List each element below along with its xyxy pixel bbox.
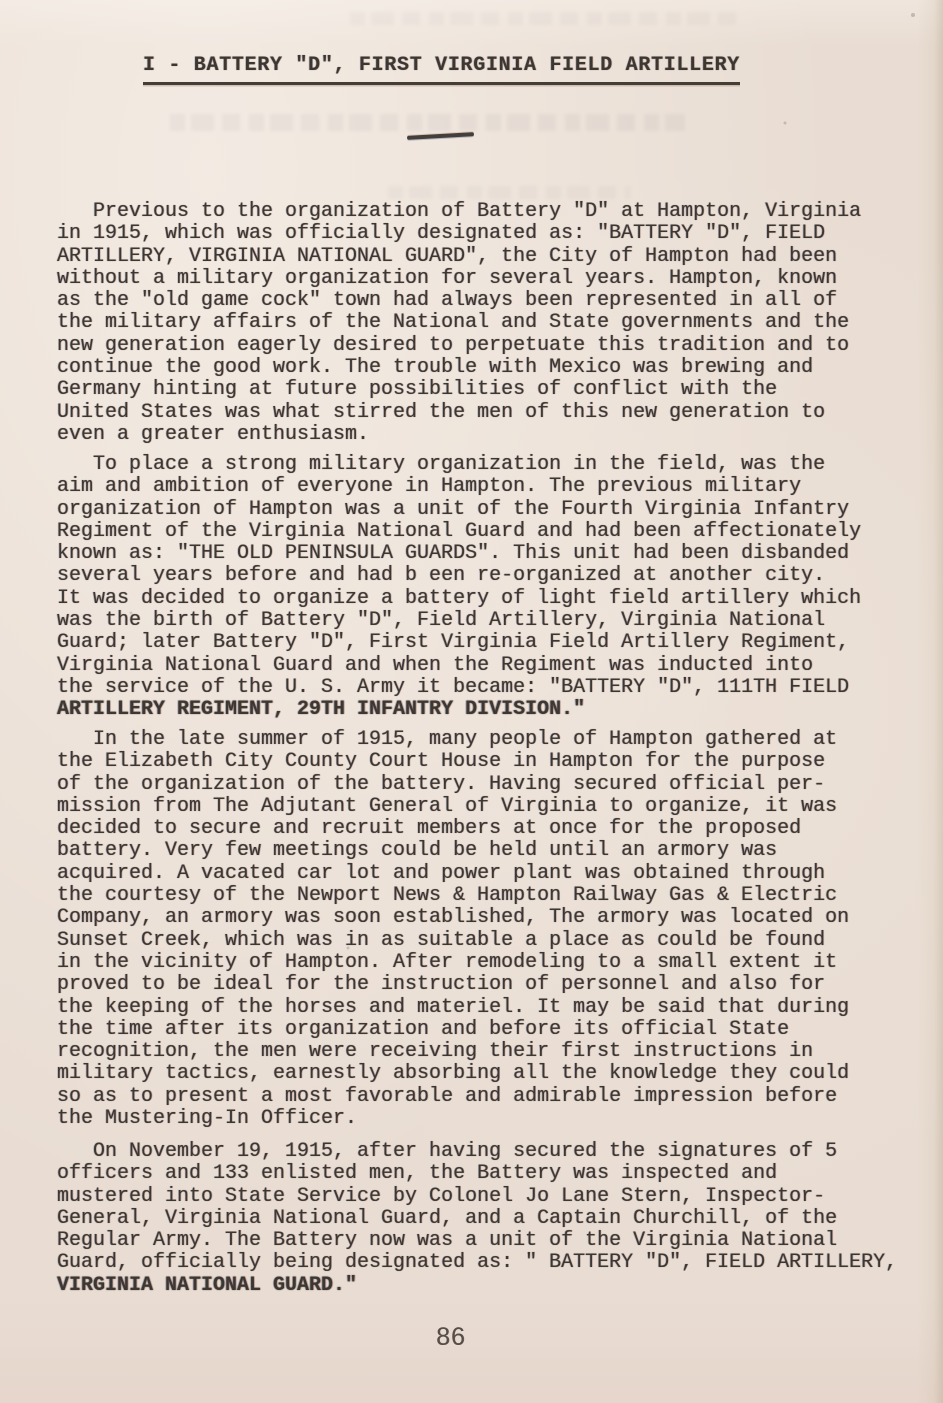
text-line: aim and ambition of everyone in Hampton.… (57, 476, 861, 498)
text-line: decided to secure and recruit members at… (57, 818, 849, 840)
paragraph: To place a strong military organization … (57, 454, 861, 722)
text-line: officers and 133 enlisted men, the Batte… (57, 1163, 897, 1185)
text-line: without a military organization for seve… (57, 268, 861, 290)
ink-bleedthrough-ghost (170, 114, 685, 131)
ink-bleedthrough-ghost (388, 186, 630, 199)
text-line: mission from The Adjutant General of Vir… (57, 796, 849, 818)
text-line: several years before and had b een re-or… (57, 565, 861, 587)
text-line: Regular Army. The Battery now was a unit… (57, 1230, 897, 1252)
text-line: in the vicinity of Hampton. After remode… (57, 952, 849, 974)
paragraph: On November 19, 1915, after having secur… (57, 1141, 897, 1297)
text-line: so as to present a most favorable and ad… (57, 1086, 849, 1108)
text-line: the Elizabeth City County Court House in… (57, 751, 849, 773)
ink-bleedthrough-ghost (350, 12, 745, 25)
text-line: mustered into State Service by Colonel J… (57, 1186, 897, 1208)
text-line: Previous to the organization of Battery … (57, 201, 861, 223)
page-number: 86 (423, 1323, 479, 1352)
text-line: the courtesy of the Newport News & Hampt… (57, 885, 849, 907)
text-line: Guard, officially being designated as: "… (57, 1252, 897, 1274)
text-line: ARTILLERY REGIMENT, 29TH INFANTRY DIVISI… (57, 699, 861, 721)
text-line: the keeping of the horses and materiel. … (57, 997, 849, 1019)
text-line: acquired. A vacated car lot and power pl… (57, 863, 849, 885)
text-line: the military affairs of the National and… (57, 312, 861, 334)
text-line: the time after its organization and befo… (57, 1019, 849, 1041)
page-heading: I - BATTERY "D", FIRST VIRGINIA FIELD AR… (143, 52, 740, 85)
text-line: recognition, the men were receiving thei… (57, 1041, 849, 1063)
text-line: Company, an armory was soon established,… (57, 907, 849, 929)
text-line: in 1915, which was officially designated… (57, 223, 861, 245)
text-line: It was decided to organize a battery of … (57, 588, 861, 610)
text-line: military tactics, earnestly absorbing al… (57, 1063, 849, 1085)
text-line: ARTILLERY, VIRGINIA NATIONAL GUARD", the… (57, 246, 861, 268)
paper-speck (0, 0, 2, 2)
text-line: United States was what stirred the men o… (57, 402, 861, 424)
text-line: Germany hinting at future possibilities … (57, 379, 861, 401)
text-line: of the organization of the battery. Havi… (57, 774, 849, 796)
text-line: new generation eagerly desired to perpet… (57, 335, 861, 357)
text-line: In the late summer of 1915, many people … (57, 729, 849, 751)
text-line: Sunset Creek, which was in as suitable a… (57, 930, 849, 952)
text-line: Regiment of the Virginia National Guard … (57, 521, 861, 543)
text-line: known as: "THE OLD PENINSULA GUARDS". Th… (57, 543, 861, 565)
text-line: battery. Very few meetings could be held… (57, 840, 849, 862)
text-line: Guard; later Battery "D", First Virginia… (57, 632, 861, 654)
document-page: I - BATTERY "D", FIRST VIRGINIA FIELD AR… (0, 0, 943, 1403)
paragraph: Previous to the organization of Battery … (57, 201, 861, 446)
text-line: continue the good work. The trouble with… (57, 357, 861, 379)
text-line: the Mustering-In Officer. (57, 1108, 849, 1130)
text-line: organization of Hampton was a unit of th… (57, 499, 861, 521)
paragraph: In the late summer of 1915, many people … (57, 729, 849, 1130)
text-line: the service of the U. S. Army it became:… (57, 677, 861, 699)
text-line: even a greater enthusiasm. (57, 424, 861, 446)
section-divider-rule (407, 132, 474, 139)
text-line: Virginia National Guard and when the Reg… (57, 655, 861, 677)
text-line: as the "old game cock" town had always b… (57, 290, 861, 312)
text-line: was the birth of Battery "D", Field Arti… (57, 610, 861, 632)
text-line: VIRGINIA NATIONAL GUARD." (57, 1275, 897, 1297)
text-line: On November 19, 1915, after having secur… (57, 1141, 897, 1163)
text-line: General, Virginia National Guard, and a … (57, 1208, 897, 1230)
text-line: proved to be ideal for the instruction o… (57, 974, 849, 996)
text-line: To place a strong military organization … (57, 454, 861, 476)
